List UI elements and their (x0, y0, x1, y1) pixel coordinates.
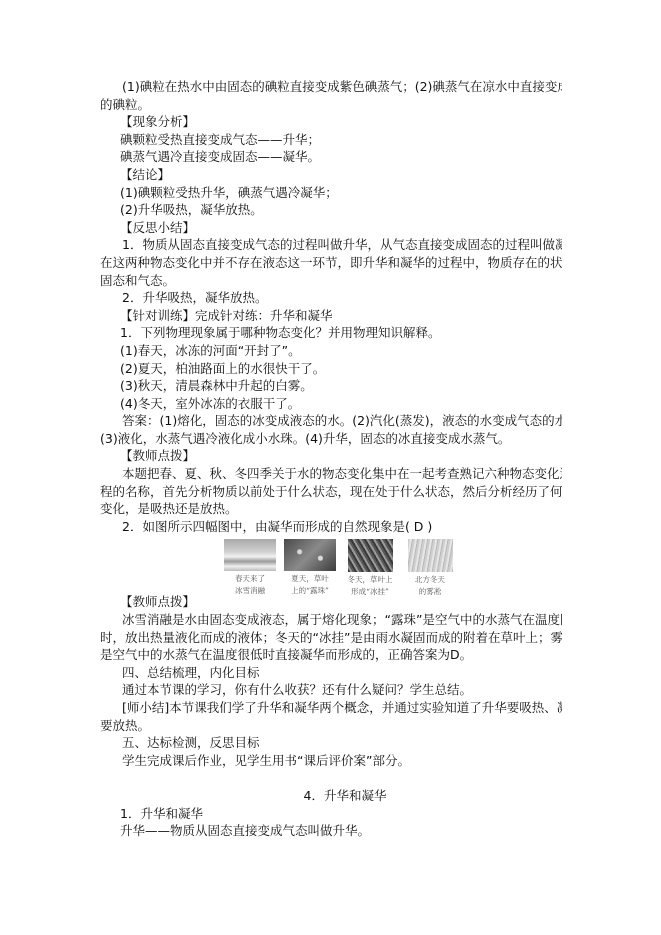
question: 1．下列物理现象属于哪种物态变化？并用物理知识解释。 (100, 324, 562, 342)
text-line: (2)升华吸热，凝华放热。 (100, 201, 562, 219)
section-heading: 【针对训练】完成针对练：升华和凝华 (100, 307, 562, 325)
section-heading: 【结论】 (100, 166, 562, 184)
text-line: 2．升华吸热，凝华放热。 (100, 289, 562, 307)
text-line: 是空气中的水蒸气在温度很低时直接凝华而形成的，正确答案为D。 (100, 646, 562, 664)
text-line: (1)春天，冰冻的河面“开封了”。 (100, 342, 562, 360)
text-line: 要放热。 (100, 717, 562, 735)
text-line: 固态和气态。 (100, 272, 562, 290)
text-line: (4)冬天，室外冰冻的衣服干了。 (100, 395, 562, 413)
text-line: (2)夏天，柏油路面上的水很快干了。 (100, 360, 562, 378)
section-heading: 【现象分析】 (100, 113, 562, 131)
text-line: 1．物质从固态直接变成气态的过程叫做升华，从气态直接变成固态的过程叫做凝华， (100, 236, 562, 254)
section-heading: 四、总结梳理，内化目标 (100, 664, 562, 682)
text-line: (1)碘粒在热水中由固态的碘粒直接变成紫色碘蒸气；(2)碘蒸气在凉水中直接变成固… (100, 78, 562, 96)
document-page: (1)碘粒在热水中由固态的碘粒直接变成紫色碘蒸气；(2)碘蒸气在凉水中直接变成固… (100, 78, 562, 840)
text-line: 时，放出热量液化而成的液体；冬天的“冰挂”是由雨水凝固而成的附着在草叶上；雾凇 (100, 629, 562, 647)
section-heading: 【反思小结】 (100, 219, 562, 237)
text-line: 冰雪消融是水由固态变成液态，属于熔化现象；“露珠”是空气中的水蒸气在温度降低 (100, 611, 562, 629)
text-line: (3)秋天，清晨森林中升起的白雾。 (100, 377, 562, 395)
text-line: 本题把春、夏、秋、冬四季关于水的物态变化集中在一起考查熟记六种物态变化过 (100, 465, 562, 483)
figure-caption: 的雾凇 (384, 587, 476, 596)
text-line: 碘蒸气遇冷直接变成固态——凝华。 (100, 148, 562, 166)
figure-caption: 北方冬天 (384, 575, 476, 584)
text-line: 升华——物质从固态直接变成气态叫做升华。 (100, 822, 562, 840)
answer-line: (3)液化，水蒸气遇冷液化成小水珠。(4)升华，固态的冰直接变成水蒸气。 (100, 430, 562, 448)
text-line: 变化，是吸热还是放热。 (100, 500, 562, 518)
text-line: 在这两种物态变化中并不存在液态这一环节，即升华和凝华的过程中，物质存在的状态只有 (100, 254, 562, 272)
section-heading: 五、达标检测，反思目标 (100, 734, 562, 752)
section-heading: 【教师点拨】 (100, 447, 562, 465)
text-line: 学生完成课后作业，见学生用书“课后评价案”部分。 (100, 752, 562, 770)
text-line: 通过本节课的学习，你有什么收获？还有什么疑问？学生总结。 (100, 681, 562, 699)
text-line: 的碘粒。 (100, 96, 562, 114)
question: 2．如图所示四幅图中，由凝华而形成的自然现象是( D ) (100, 518, 562, 536)
text-line: 碘颗粒受热直接变成气态——升华； (100, 131, 562, 149)
figure-4: 北方冬天 的雾凇 (384, 539, 476, 596)
rime-trees-image (408, 539, 453, 572)
figure-row: 春天来了 冰雪消融 夏天，草叶 上的“露珠” 冬天，草叶上 形成“冰挂” 北方冬… (100, 535, 562, 593)
text-line: [师小结]本节课我们学了升华和凝华两个概念，并通过实验知道了升华要吸热、凝华 (100, 699, 562, 717)
text-line: 1．升华和凝华 (100, 805, 562, 823)
board-title: 4．升华和凝华 (100, 787, 562, 805)
text-line: (1)碘颗粒受热升华，碘蒸气遇冷凝华； (100, 184, 562, 202)
text-line: 程的名称，首先分析物质以前处于什么状态，现在处于什么状态，然后分析经历了何种物态 (100, 483, 562, 501)
answer-line: 答案：(1)熔化，固态的冰变成液态的水。(2)汽化(蒸发)，液态的水变成气态的水… (100, 412, 562, 430)
